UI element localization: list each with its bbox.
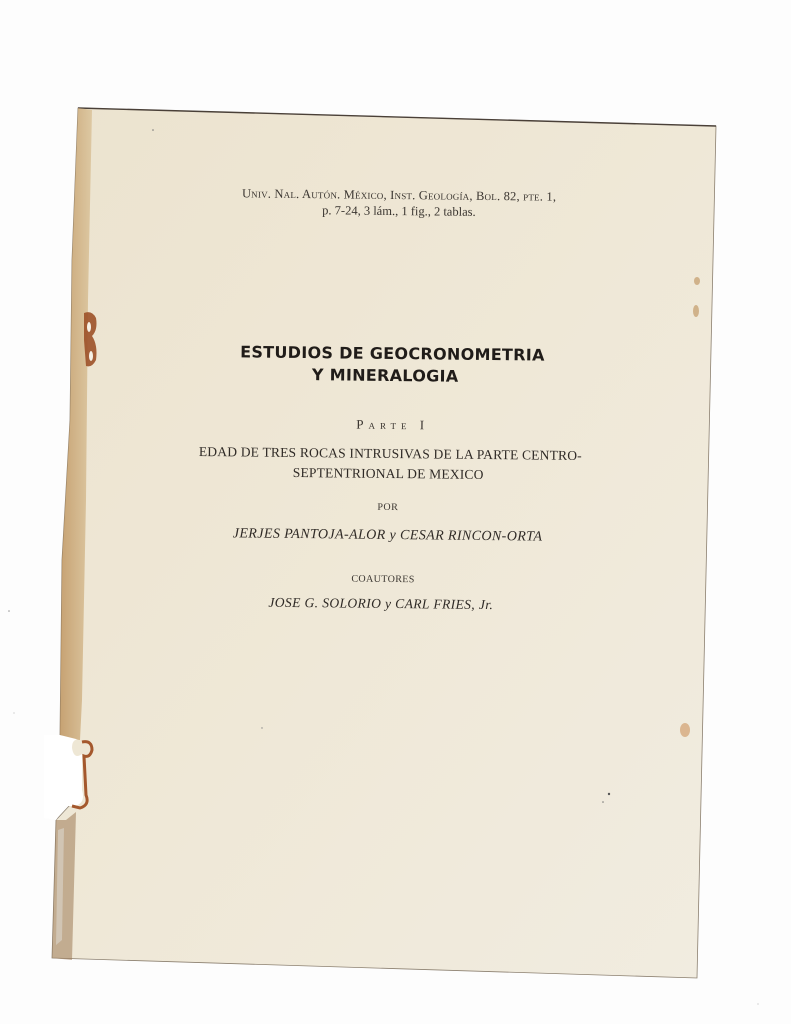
authors: JERJES PANTOJA-ALOR y CESAR RINCON-ORTA [0, 524, 783, 548]
subtitle-line-2: SEPTENTRIONAL DE MEXICO [0, 462, 784, 486]
part-label: Parte I [0, 413, 788, 437]
by-label: POR [0, 498, 783, 517]
scanned-page-background: Univ. Nal. Autón. México, Inst. Geología… [0, 0, 791, 1024]
page-content: Univ. Nal. Autón. México, Inst. Geología… [0, 0, 791, 1024]
coauthors-label: COAUTORES [0, 570, 779, 589]
title-line-2: Y MINERALOGIA [0, 362, 781, 389]
coauthors: JOSE G. SOLORIO y CARL FRIES, Jr. [0, 592, 776, 616]
